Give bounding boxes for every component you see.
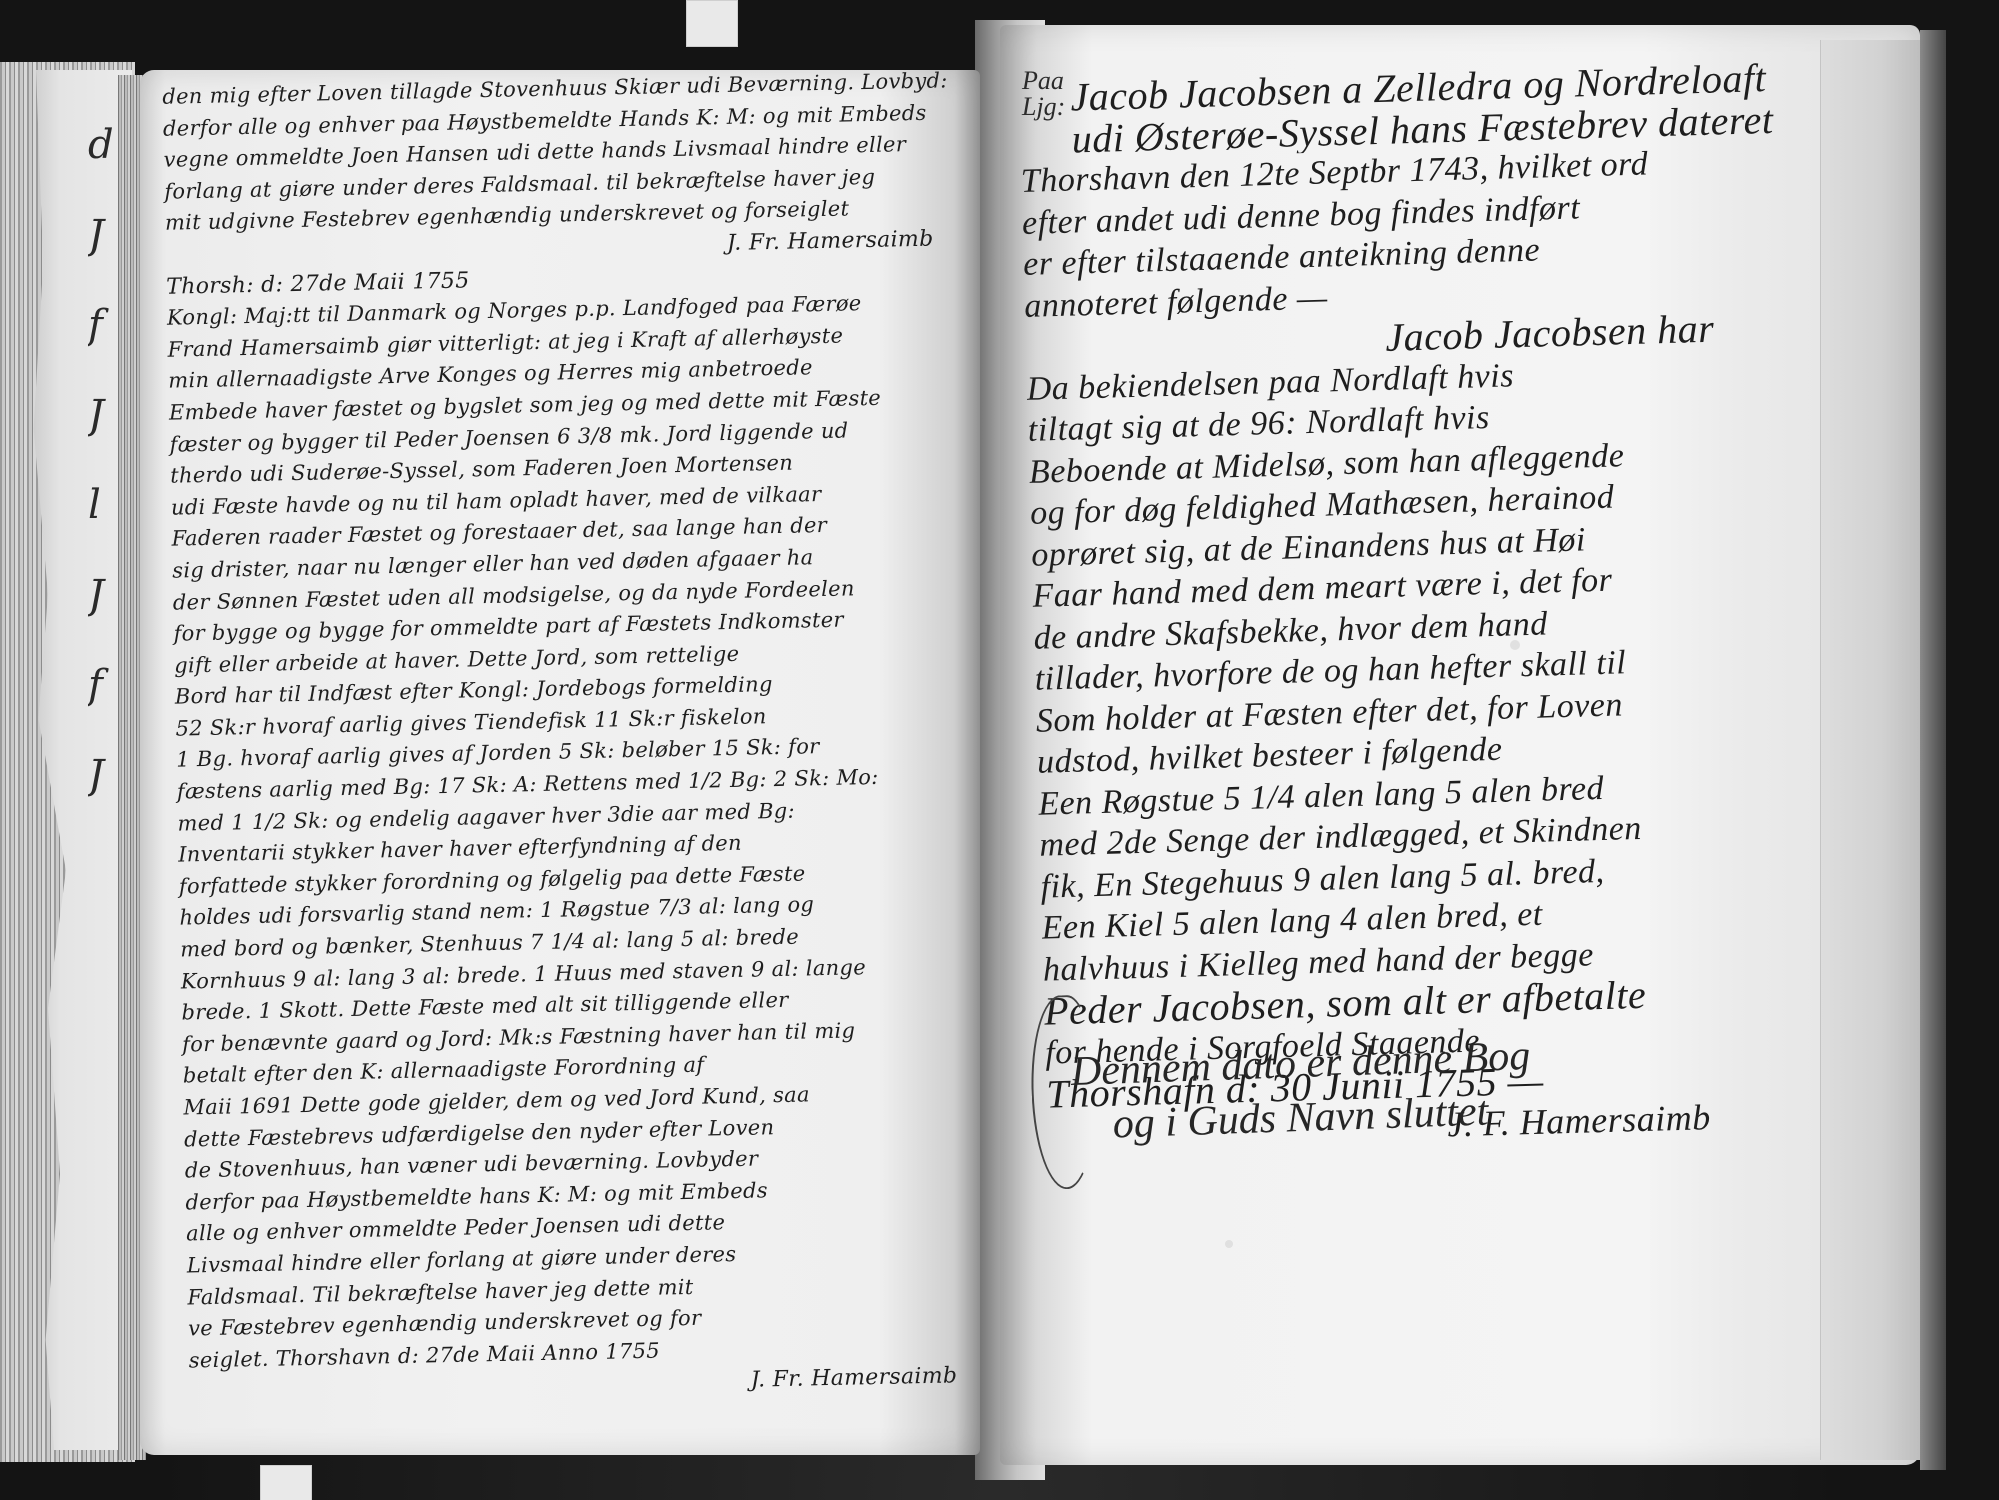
bookmark-ribbon-bottom [260, 1465, 312, 1500]
right-page-text: Jacob Jacobsen a Zelledra og Nordreloaft… [1018, 54, 1908, 1157]
paper-stain [1225, 1240, 1233, 1248]
bookmark-ribbon-top [686, 0, 738, 47]
back-cover-edge [1920, 30, 1946, 1470]
left-page-text: den mig efter Loven tillagde Stovenhuus … [150, 65, 1008, 1409]
